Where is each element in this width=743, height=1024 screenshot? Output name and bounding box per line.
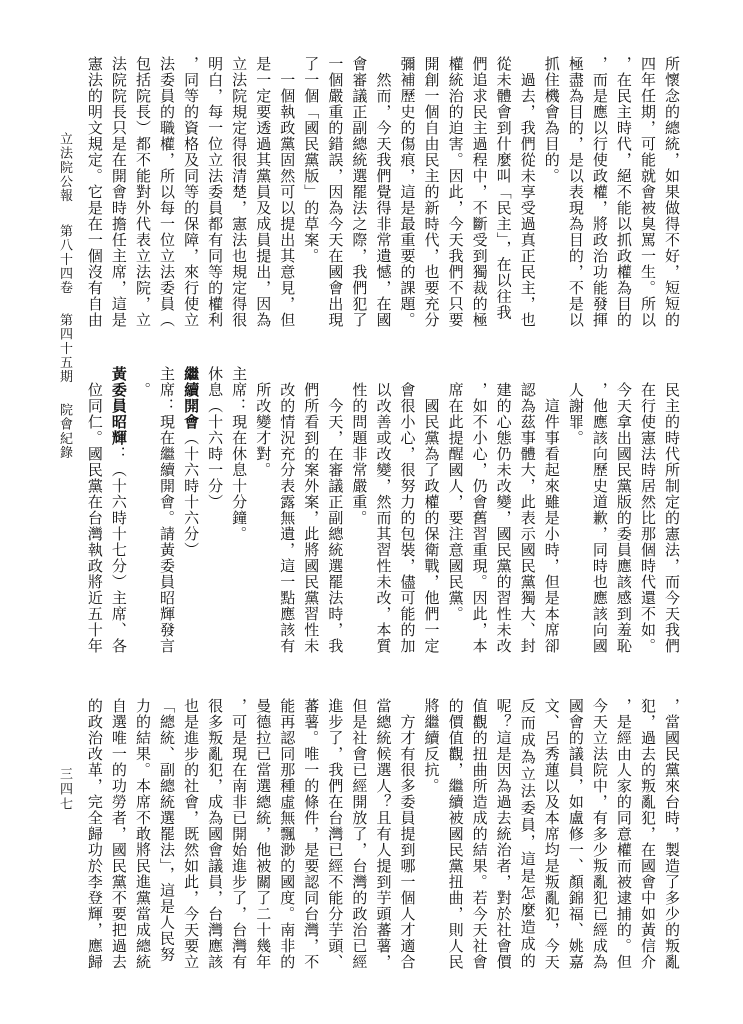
text-column: 一個執政黨固然可以提出其意見，但 xyxy=(275,56,299,332)
text-column: 力的結果。本席不敢將民進黨當成總統 xyxy=(131,698,155,974)
text-column: 今天立法院中，有多少叛亂犯已經成為 xyxy=(588,698,612,974)
text-column: 呢？這是因為過去統治者，對於社會價 xyxy=(492,698,516,974)
resume-time: （十六時十六分） xyxy=(182,430,200,558)
text-column: 能再認同那種虛無飄渺的國度。南非的 xyxy=(275,698,299,974)
text-column: 然而，今天我們覺得非常遺憾，在國 xyxy=(371,56,395,332)
speaker-name: 黃委員昭輝 xyxy=(110,366,128,446)
text-column: 會很小心，很努力的包裝，儘可能的加 xyxy=(395,382,419,658)
speaker-line: 黃委員昭輝：（十六時十七分）主席、各 xyxy=(107,366,131,642)
chair-announcement-line: 主席：現在休息十分鐘。 xyxy=(227,366,251,642)
text-column: 當總統候選人？且有人提到芋頭蕃薯， xyxy=(371,698,395,974)
text-column: 明白，每一位立法委員都有同等的權利 xyxy=(203,56,227,332)
text-tier-bottom: ，當國民黨來台時，製造了多少的叛亂 犯，過去的叛亂犯，在國會中如黃信介 ，是經由… xyxy=(83,698,684,974)
text-column: 很多叛亂犯，成為國會議員，台灣應該 xyxy=(203,698,227,974)
text-column: 進步了，我們在台灣已經不能分芋頭、 xyxy=(323,698,347,974)
volume-label: 第八十四卷 xyxy=(56,224,72,295)
text-column: 們所看到的案外案，此將國民黨習性未 xyxy=(299,382,323,658)
text-column: 建的心態仍未改變，國民黨的習性未改 xyxy=(492,382,516,658)
text-column: 過去，我們從未享受過真正民主，也 xyxy=(516,56,540,332)
text-column: ，是經由人家的同意權而被逮捕的。但 xyxy=(612,698,636,974)
text-column: 。 xyxy=(131,382,155,658)
text-column: 法委員的職權，所以每一位立法委員（ xyxy=(155,56,179,332)
text-column: 將繼續反抗。 xyxy=(419,698,443,974)
text-column: 也是進步的社會，既然如此，今天要立 xyxy=(179,698,203,974)
text-column: 以改善或改變，然而其習性未改，本質 xyxy=(371,382,395,658)
page-number: 三四七 xyxy=(56,767,72,812)
text-column: 一個嚴重的錯誤，因為今天在國會出現 xyxy=(323,56,347,332)
text-column: 的政治改革，完全歸功於李登輝，應歸 xyxy=(83,698,107,974)
text-column: 包括院長）都不能對外代表立法院，立 xyxy=(131,56,155,332)
text-column: 值觀的扭曲所造成的結果。若今天社會 xyxy=(468,698,492,974)
text-column: 位同仁。國民黨在台灣執政將近五十年 xyxy=(83,382,107,658)
text-column: 們追求民主過程中，不斷受到獨裁的極 xyxy=(468,56,492,332)
text-column: 但是社會已經開放了，台灣的政治已經 xyxy=(347,698,371,974)
text-column: 彌補歷史的傷痕，這是最重要的課題。 xyxy=(395,56,419,332)
text-column: ，如不小心，仍會舊習重現。因此，本 xyxy=(468,382,492,658)
text-column: 國會的議員，如盧修一、顏錦福、姚嘉 xyxy=(564,698,588,974)
text-column: 今天拿出國民黨版的委員應該感到羞恥 xyxy=(612,382,636,658)
text-column: 憲法的明文規定。它是在一個沒有自由 xyxy=(83,56,107,332)
text-column: ，當國民黨來台時，製造了多少的叛亂 xyxy=(660,698,684,974)
resume-label: 繼續開會 xyxy=(182,366,200,430)
text-column: 是一定要透過其黨員及成員提出，因為 xyxy=(251,56,275,332)
text-tier-top: 所懷念的總統，如果做得不好，短短的 四年任期，可能就會被臭罵一生。所以 ，在民主… xyxy=(83,56,684,332)
text-column: 開創一個自由民主的新時代，也要充分 xyxy=(419,56,443,332)
text-column: 人謝罪。 xyxy=(564,382,588,658)
resume-notice-line: 繼續開會（十六時十六分） xyxy=(179,366,203,642)
text-column: 立法院規定得很清楚，憲法也規定得很 xyxy=(227,56,251,332)
text-column: 在行使憲法時居然比那個時代還不如。 xyxy=(636,382,660,658)
text-column: 從未體會到什麼叫「民主」，在以往我 xyxy=(492,56,516,332)
text-column: 所懷念的總統，如果做得不好，短短的 xyxy=(660,56,684,332)
text-column: 曼德拉已當選總統，他被關了二十幾年 xyxy=(251,698,275,974)
text-column: 自選唯一的功勞者，國民黨不要把過去 xyxy=(107,698,131,974)
text-column: 的價值觀，繼續被國民黨扭曲，則人民 xyxy=(444,698,468,974)
speaker-line-text: ：（十六時十七分）主席、各 xyxy=(110,446,128,654)
text-column: 四年任期，可能就會被臭罵一生。所以 xyxy=(636,56,660,332)
text-column: 反而成為立法委員，這是怎麼造成的 xyxy=(516,698,540,974)
text-tier-middle: 民主的時代所制定的憲法，而今天我們 在行使憲法時居然比那個時代還不如。 今天拿出… xyxy=(83,382,684,658)
text-column: 認為茲事體大，此表示國民黨獨大、封 xyxy=(516,382,540,658)
text-column: 文、呂秀蓮以及本席均是叛亂犯，今天 xyxy=(540,698,564,974)
text-column: ，在民主時代，絕不能以抓政權為目的 xyxy=(612,56,636,332)
text-column: 性的問題非常嚴重。 xyxy=(347,382,371,658)
text-column: 國民黨為了政權的保衛戰，他們一定 xyxy=(419,382,443,658)
text-column: ，他應該向歷史道歉，同時也應該向國 xyxy=(588,382,612,658)
text-column: 法院院長只是在開會時擔任主席，這是 xyxy=(107,56,131,332)
text-column: ，同等的資格及同等的保障，來行使立 xyxy=(179,56,203,332)
chair-announcement-line: 主席：現在繼續開會。請黃委員昭輝發言 xyxy=(155,366,179,642)
text-column: 蕃薯。唯一的條件，是要認同台灣，不 xyxy=(299,698,323,974)
text-column: 會審議正副總統選罷法之際，我們犯了 xyxy=(347,56,371,332)
text-column: 犯，過去的叛亂犯，在國會中如黃信介 xyxy=(636,698,660,974)
text-column: 所改變才對。 xyxy=(251,382,275,658)
text-column: 「總統、副總統選罷法」，這是人民努 xyxy=(155,698,179,974)
gazette-title: 立法院公報 xyxy=(56,132,72,203)
text-column: 抓住機會為目的。 xyxy=(540,56,564,332)
text-column: 民主的時代所制定的憲法，而今天我們 xyxy=(660,382,684,658)
issue-label: 第四十五期 xyxy=(56,313,72,384)
text-column: 改的情況充分表露無遺，這一點應該有 xyxy=(275,382,299,658)
text-column: 極盡為目的，是以表現為目的，不是以 xyxy=(564,56,588,332)
text-column: 方才有很多委員提到哪一個人才適合 xyxy=(395,698,419,974)
text-column: 席在此提醒國人，要注意國民黨。 xyxy=(444,382,468,658)
recess-notice-line: 休息（十六時一分） xyxy=(203,366,227,642)
text-column: ，而是應以行使政權，將政治功能發揮 xyxy=(588,56,612,332)
text-column: 這件事看起來雖是小時，但是本席卻 xyxy=(540,382,564,658)
text-column: 權統治的迫害。因此，今天我們不只要 xyxy=(444,56,468,332)
text-column: ，可是現在南非已開始進步了，台灣有 xyxy=(227,698,251,974)
text-column: 了一個「國民黨版」的草案。 xyxy=(299,56,323,332)
section-label: 院會紀錄 xyxy=(56,403,72,460)
text-column: 今天，在審議正副總統選罷法時，我 xyxy=(323,382,347,658)
